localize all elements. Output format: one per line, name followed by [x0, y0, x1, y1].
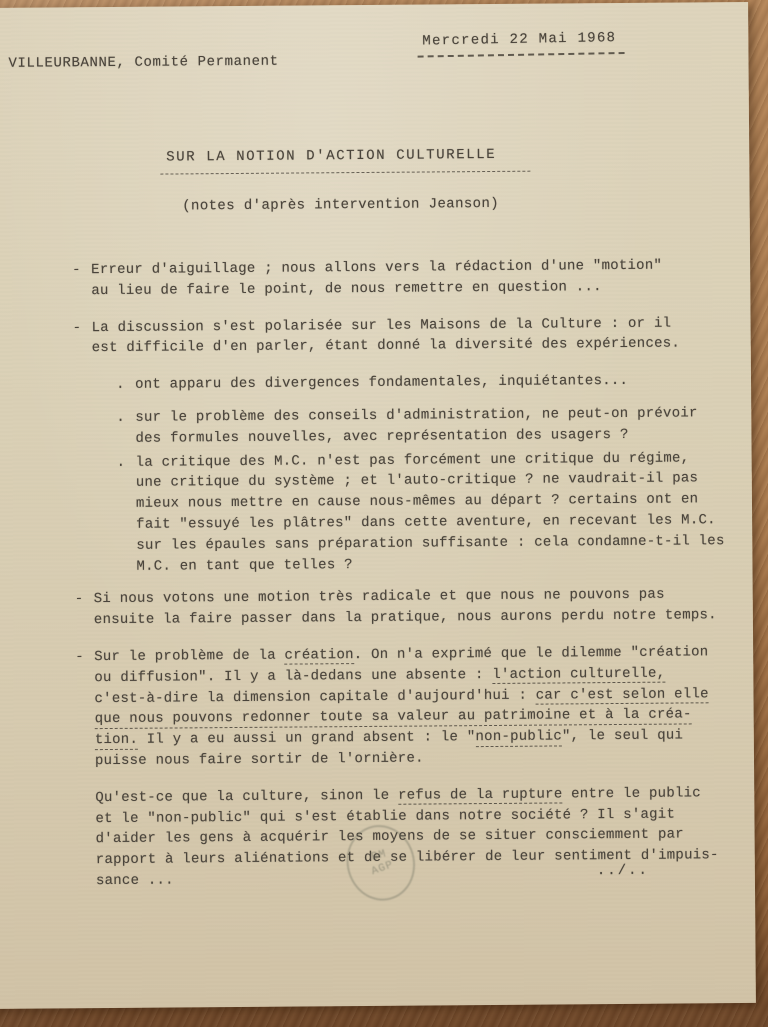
text-segment: des formules nouvelles, avec représentat…	[135, 427, 628, 447]
text-segment: M.C. en tant que telles ?	[136, 557, 352, 575]
text-segment: ou diffusion". Il y a là-dedans une abse…	[94, 667, 492, 686]
text-segment: Erreur d'aiguillage ; nous allons vers l…	[91, 258, 662, 278]
text-segment: la critique des M.C. n'est pas forcément…	[136, 450, 690, 470]
text-segment: au lieu de faire le point, de nous remet…	[91, 279, 602, 299]
text-line: puisse nous faire sortir de l'ornière.	[95, 746, 754, 772]
photo-background: VILLEURBANNE, Comité Permanent Mercredi …	[0, 0, 768, 1027]
text-segment: La discussion s'est polarisée sur les Ma…	[92, 315, 672, 336]
paragraph-lines: Si nous votons une motion très radicale …	[94, 584, 753, 631]
text-segment: fait "essuyé les plâtres" dans cette ave…	[136, 512, 716, 533]
text-segment: est difficile d'en parler, étant donné l…	[92, 336, 680, 357]
header-date-wrap: Mercredi 22 Mai 1968	[422, 28, 624, 57]
page-continuation-mark: ../..	[597, 861, 649, 882]
underlined-text: l'action culturelle,	[492, 665, 665, 684]
paragraph-block: -Sur le problème de la création. On n'a …	[0, 642, 754, 773]
no-bullet	[76, 788, 96, 892]
document-page: VILLEURBANNE, Comité Permanent Mercredi …	[0, 2, 756, 1009]
text-segment: sur les épaules sans préparation suffisa…	[136, 533, 724, 554]
header-organization: VILLEURBANNE, Comité Permanent	[8, 52, 278, 75]
paragraph-lines: ont apparu des divergences fondamentales…	[135, 370, 751, 396]
text-segment: puisse nous faire sortir de l'ornière.	[95, 750, 424, 769]
document-subtitle: (notes d'après intervention Jeanson)	[182, 194, 499, 217]
text-line: au lieu de faire le point, de nous remet…	[91, 276, 750, 302]
underlined-text: tion.	[95, 732, 138, 750]
text-segment: et le "non-public" qui s'est établie dan…	[95, 806, 675, 827]
text-line: des formules nouvelles, avec représentat…	[135, 424, 751, 450]
paragraph-block: -La discussion s'est polarisée sur les M…	[0, 313, 751, 361]
text-segment: sur le problème des conseils d'administr…	[135, 405, 697, 425]
paragraph-lines: La discussion s'est polarisée sur les Ma…	[92, 313, 751, 360]
subtitle-row: (notes d'après intervention Jeanson)	[0, 192, 750, 219]
document-body: -Erreur d'aiguillage ; nous allons vers …	[0, 255, 755, 909]
underlined-text: non-public	[475, 729, 562, 747]
underlined-text: création	[284, 647, 353, 665]
text-segment: Il y a eu aussi un grand absent : le "	[138, 729, 476, 748]
text-segment: Sur le problème de la	[94, 648, 284, 665]
underlined-text: car c'est selon elle	[536, 686, 709, 705]
dash-bullet: -	[75, 647, 95, 772]
paragraph-block: .la critique des M.C. n'est pas forcémen…	[0, 448, 753, 579]
document-title: SUR LA NOTION D'ACTION CULTURELLE	[160, 145, 530, 175]
dot-bullet: .	[117, 452, 137, 577]
text-segment: Qu'est-ce que la culture, sinon le	[95, 787, 398, 805]
paragraph-lines: sur le problème des conseils d'administr…	[135, 403, 751, 449]
underlined-text: refus de la rupture	[398, 786, 563, 805]
paragraph-block: -Erreur d'aiguillage ; nous allons vers …	[0, 255, 750, 303]
dot-bullet: .	[116, 375, 135, 396]
text-segment: sance ...	[96, 872, 174, 889]
text-segment: mieux nous mettre en cause nous-mêmes au…	[136, 492, 698, 512]
dot-bullet: .	[116, 408, 135, 450]
dash-bullet: -	[72, 260, 91, 302]
paragraph-lines: la critique des M.C. n'est pas forcément…	[136, 448, 753, 578]
text-segment: c'est-à-dire la dimension capitale d'auj…	[94, 687, 535, 706]
header-date: Mercredi 22 Mai 1968	[417, 28, 624, 57]
dash-bullet: -	[75, 589, 94, 631]
text-line: est difficile d'en parler, étant donné l…	[92, 333, 751, 359]
text-line: M.C. en tant que telles ?	[136, 552, 752, 578]
paragraph-lines: Sur le problème de la création. On n'a e…	[94, 642, 754, 772]
text-segment: une critique du système ; et l'auto-crit…	[136, 471, 698, 491]
dash-bullet: -	[73, 318, 92, 360]
paragraph-block: -Si nous votons une motion très radicale…	[0, 584, 753, 632]
paragraph-lines: Erreur d'aiguillage ; nous allons vers l…	[91, 255, 750, 302]
text-segment: entre le public	[562, 785, 701, 802]
text-segment: ont apparu des divergences fondamentales…	[135, 373, 628, 393]
text-segment: ", le seul qui	[562, 728, 683, 745]
text-segment: ensuite la faire passer dans la pratique…	[94, 607, 717, 628]
text-line: ont apparu des divergences fondamentales…	[135, 370, 751, 396]
text-segment: . On n'a exprimé que le dilemme "créatio…	[354, 644, 709, 663]
paragraph-block: .ont apparu des divergences fondamentale…	[0, 370, 751, 397]
paragraph-block: .sur le problème des conseils d'administ…	[0, 403, 752, 451]
text-line: ensuite la faire passer dans la pratique…	[94, 605, 753, 631]
text-segment: Si nous votons une motion très radicale …	[94, 587, 665, 607]
title-row: SUR LA NOTION D'ACTION CULTURELLE	[0, 143, 749, 176]
paragraph-lines: Qu'est-ce que la culture, sinon le refus…	[95, 783, 755, 892]
